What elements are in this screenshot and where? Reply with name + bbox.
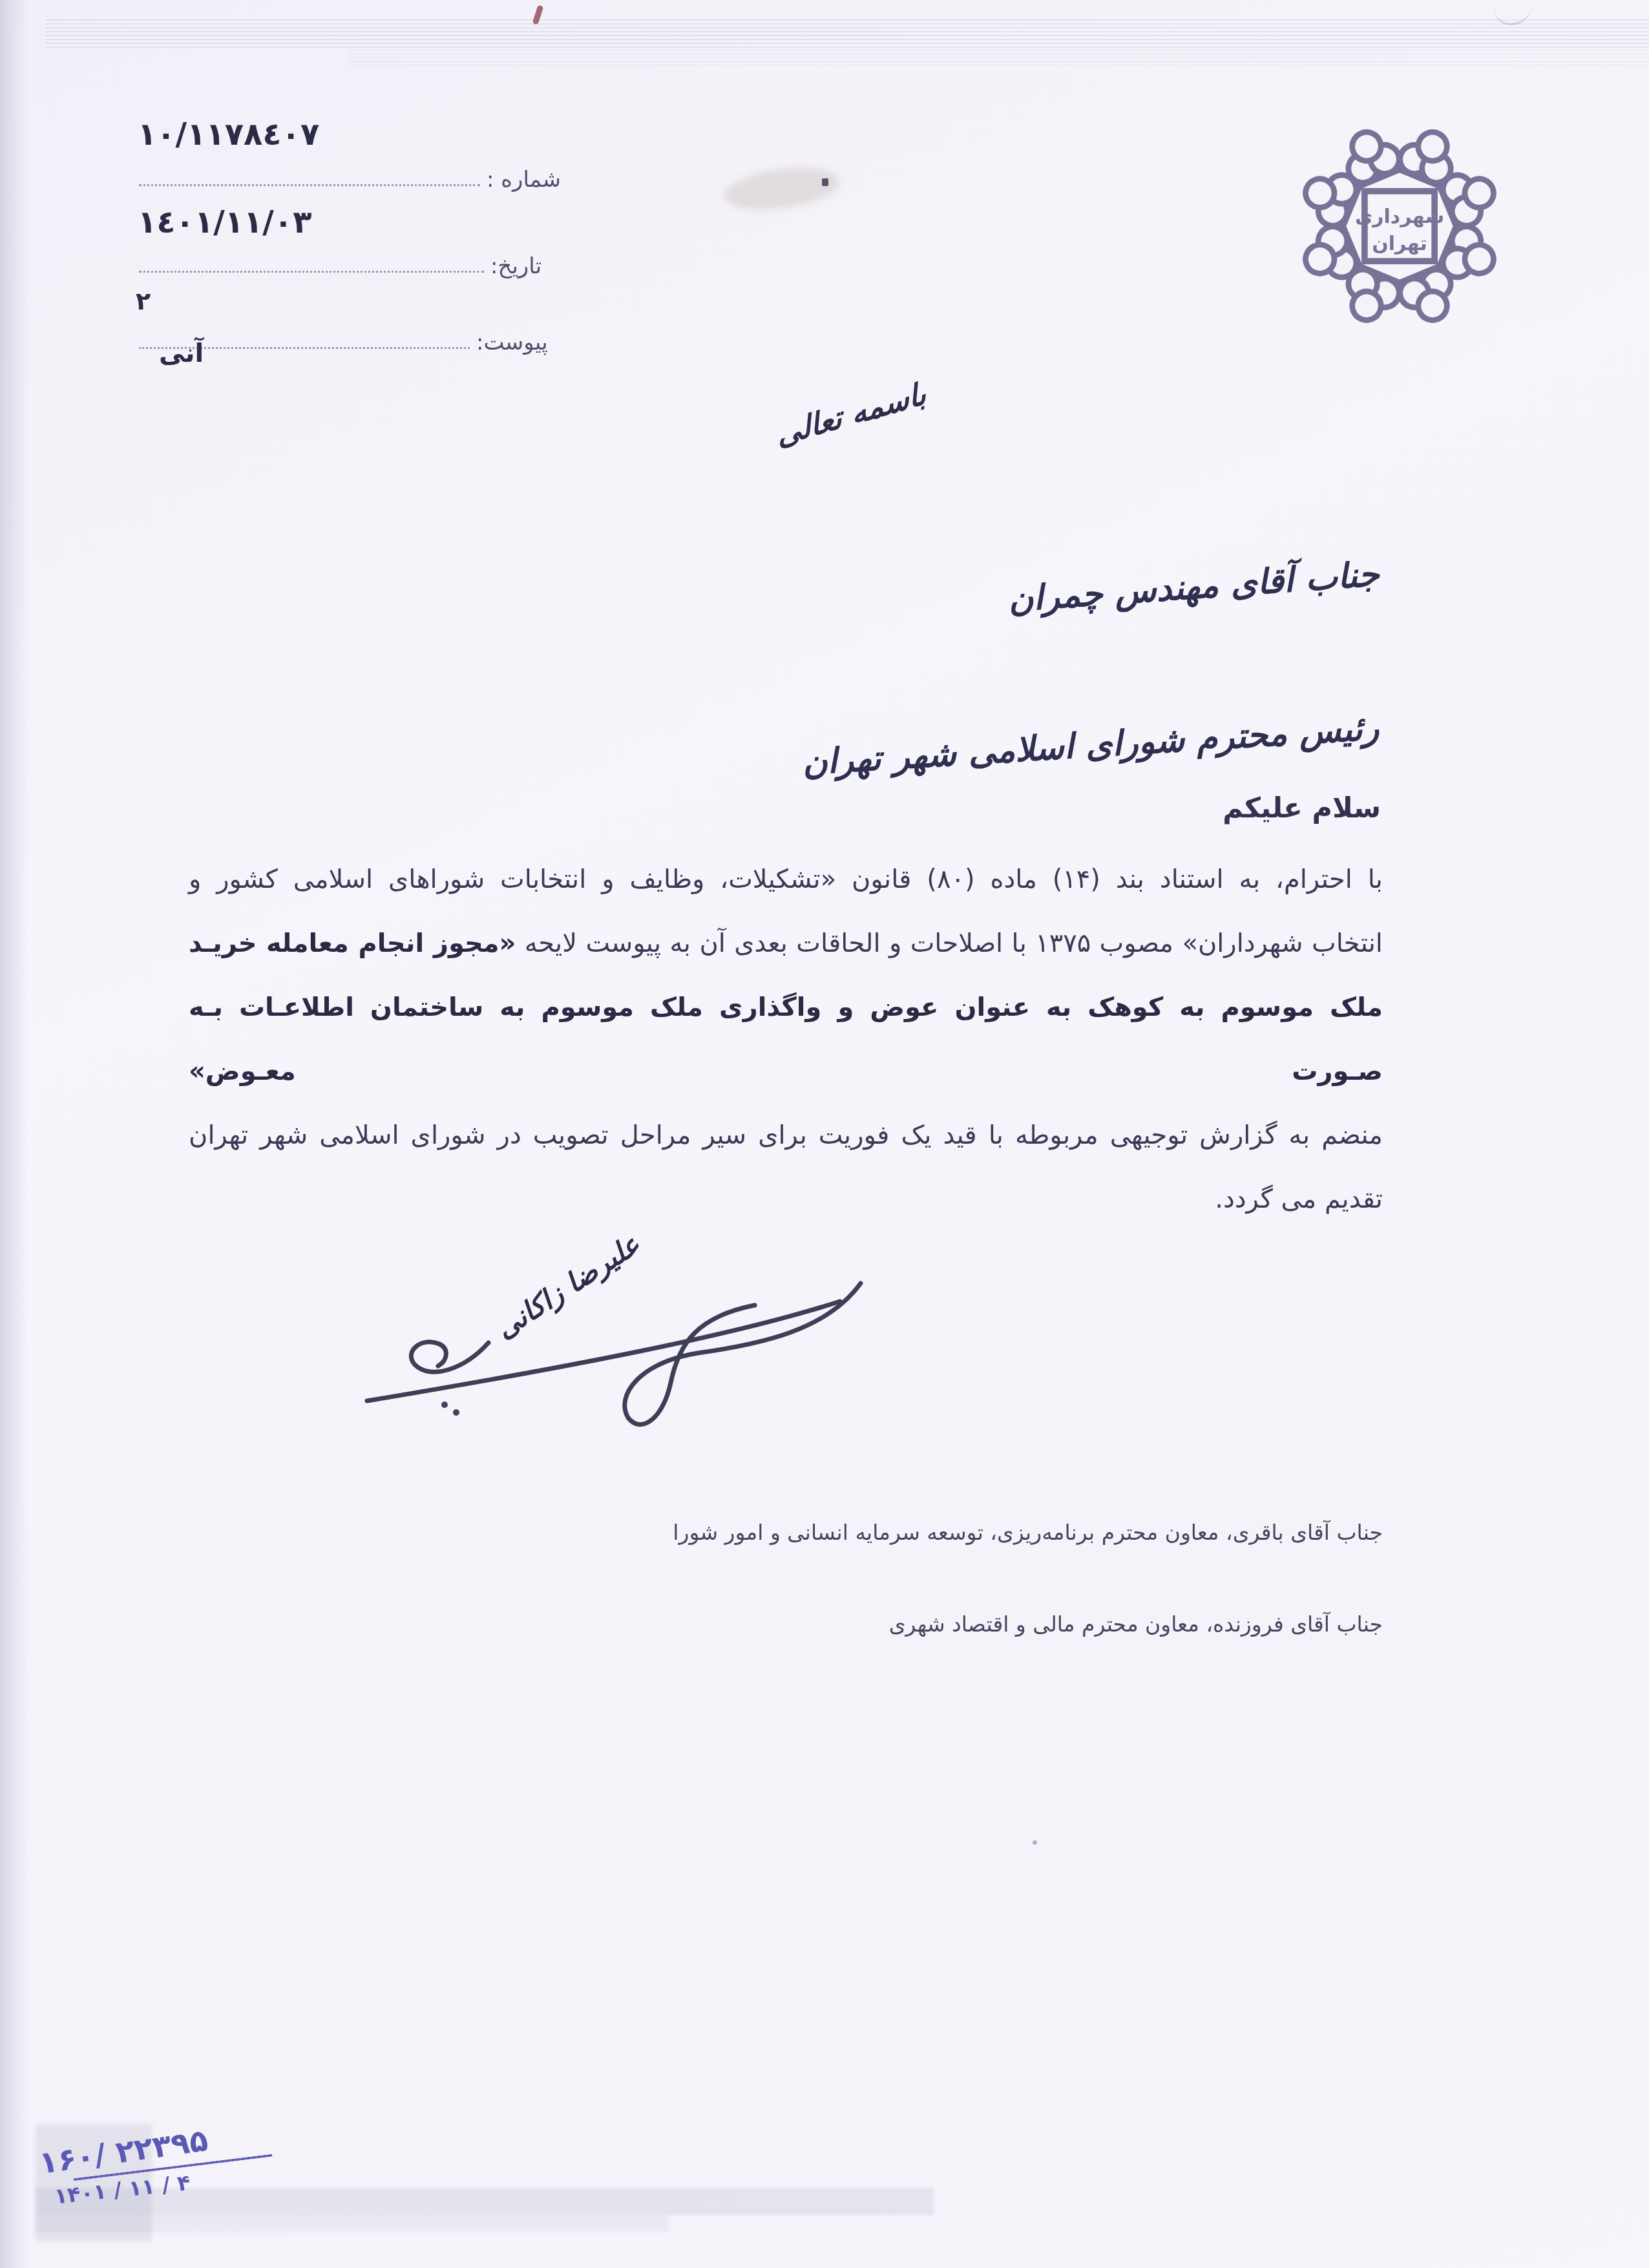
besmellah-calligraphy: باسمه تعالی	[775, 375, 929, 454]
attachment-count: ۲	[136, 287, 151, 315]
date-rule	[139, 266, 484, 273]
date-label: تاریخ:	[490, 253, 541, 279]
body-line-2-bold: «مجوز انجام معامله خریـد	[189, 929, 516, 958]
speck	[1033, 1840, 1037, 1845]
letter-date-value: ١٤٠١/١١/٠٣	[138, 204, 311, 240]
body-line-3: ملک موسوم به کوهک به عنوان عوض و واگذاری…	[189, 976, 1383, 1104]
tehran-municipality-logo: شهرداری تهران	[1287, 114, 1512, 339]
body-line-1: با احترام، به استناد بند (۱۴) ماده (۸۰) …	[189, 848, 1383, 912]
scan-noise-band-top	[45, 19, 1649, 50]
signature-block: علیرضا زاکانی	[336, 1207, 930, 1485]
letter-number-row: شماره :	[139, 160, 561, 186]
letter-date-row: تاریخ:	[139, 247, 541, 273]
attachment-value: آنی	[159, 339, 204, 368]
number-label: شماره :	[487, 167, 561, 193]
cc-line-2: جناب آقای فروزنده، معاون محترم مالی و اق…	[889, 1612, 1383, 1637]
letter-number-value: ١٠/١١٧٨٤٠٧	[138, 116, 319, 152]
recipient-title-line: رئیس محترم شورای اسلامی شهر تهران	[801, 708, 1380, 782]
body-line-2-regular: انتخاب شهرداران» مصوب ۱۳۷۵ با اصلاحات و …	[516, 929, 1383, 958]
cc-line-1: جناب آقای باقری، معاون محترم برنامه‌ریزی…	[673, 1520, 1383, 1545]
logo-text-line2: تهران	[1372, 233, 1427, 255]
attachment-label: پیوست:	[476, 330, 548, 355]
recipient-name-line: جناب آقای مهندس چمران	[1007, 554, 1380, 620]
letter-body: با احترام، به استناد بند (۱۴) ماده (۸۰) …	[189, 848, 1383, 1232]
scanned-letter-page: ١٠/١١٧٨٤٠٧ شماره : ١٤٠١/١١/٠٣ تاریخ: ۲ پ…	[0, 0, 1649, 2268]
scan-edge-shadow-left	[0, 0, 28, 2268]
body-line-2: انتخاب شهرداران» مصوب ۱۳۷۵ با اصلاحات و …	[189, 912, 1383, 976]
ink-dot	[822, 178, 828, 186]
municipality-emblem-graphic: شهرداری تهران	[1287, 114, 1512, 339]
logo-text-line1: شهرداری	[1355, 205, 1444, 228]
scan-band-bottom-left-2	[36, 2215, 669, 2232]
number-rule	[139, 179, 480, 186]
scan-noise-band-top-2	[349, 49, 1649, 66]
body-line-4: منضم به گزارش توجیهی مربوطه با قید یک فو…	[189, 1104, 1383, 1168]
salutation: سلام علیکم	[1223, 792, 1381, 824]
ink-smudge	[722, 162, 843, 216]
